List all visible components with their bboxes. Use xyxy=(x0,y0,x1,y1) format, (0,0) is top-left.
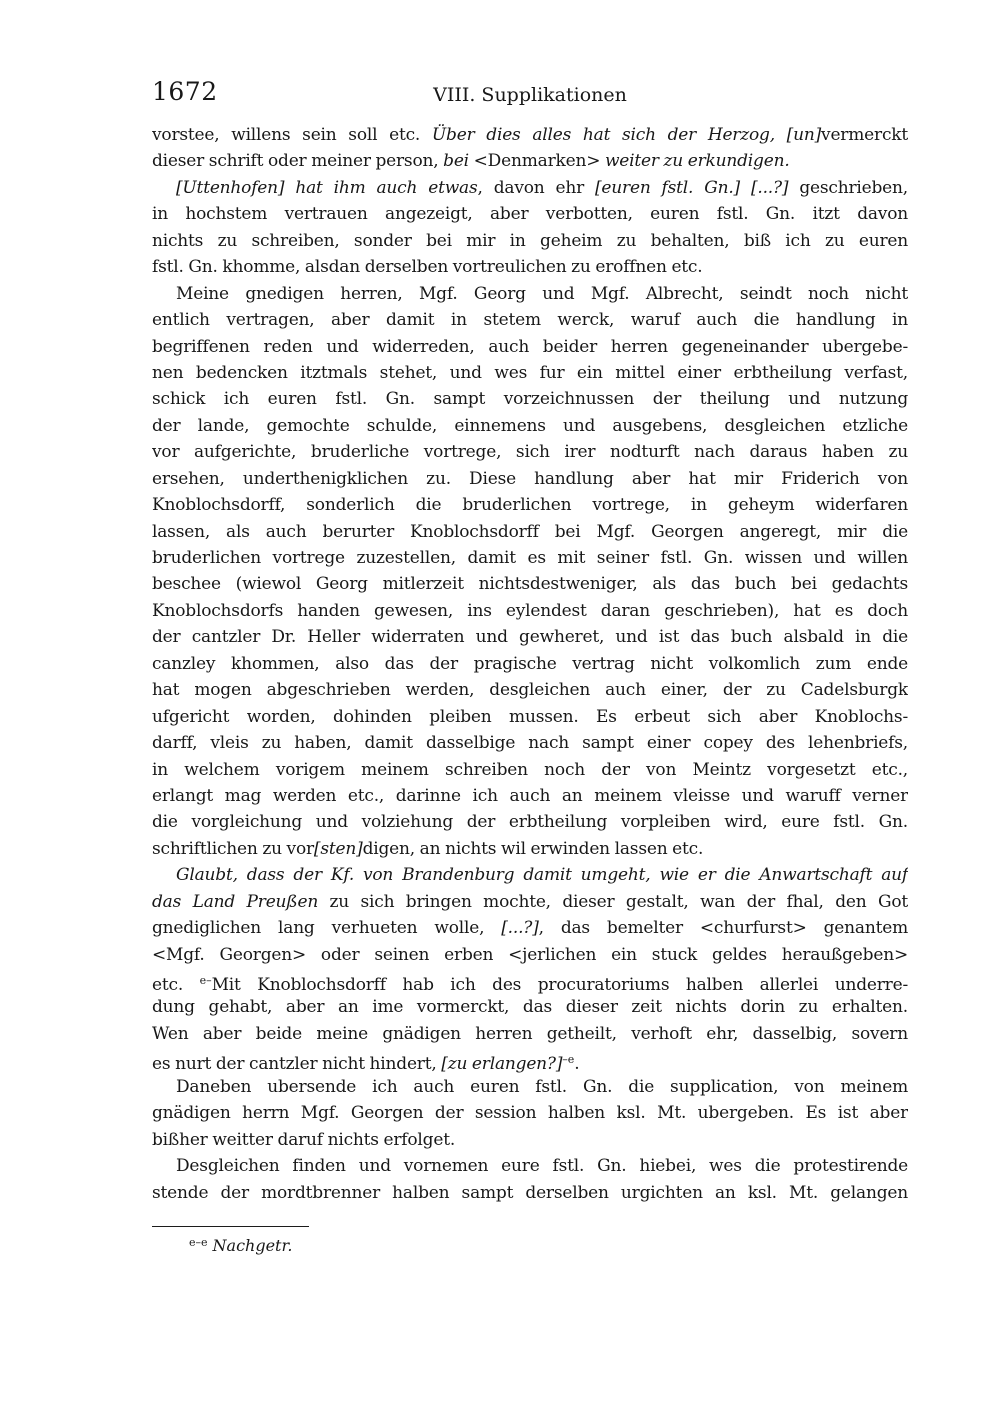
text-line: Knoblochsdorfs handen gewesen, ins eylen… xyxy=(152,598,908,624)
text-run: bei xyxy=(443,151,469,171)
text-line: darff, vleis zu haben, damit dasselbige … xyxy=(152,730,908,756)
text-run: Meine gnedigen herren, Mgf. Georg und Mg… xyxy=(176,284,908,304)
text-line: schick ich euren fstl. Gn. sampt vorzeic… xyxy=(152,386,908,412)
text-run: in hochstem vertrauen angezeigt, aber ve… xyxy=(152,204,908,224)
text-line: entlich vertragen, aber damit in stetem … xyxy=(152,307,908,333)
footnote-separator-rule xyxy=(152,1226,309,1227)
text-run: in welchem vorigem meinem schreiben noch… xyxy=(152,760,908,780)
text-line: lassen, als auch berurter Knoblochsdorff… xyxy=(152,519,908,545)
text-line: stende der mordtbrenner halben sampt der… xyxy=(152,1180,908,1206)
text-line: gnädigen herrn Mgf. Georgen der session … xyxy=(152,1100,908,1126)
text-line: [Uttenhofen] hat ihm auch etwas, davon e… xyxy=(152,175,908,201)
text-run: canzley khommen, also das der pragische … xyxy=(152,654,908,674)
text-line: hat mogen abgeschrieben werden, desgleic… xyxy=(152,677,908,703)
text-line: bißher weitter daruf nichts erfolget. xyxy=(152,1127,908,1153)
text-line: in hochstem vertrauen angezeigt, aber ve… xyxy=(152,201,908,227)
paragraph: vorstee, willens sein soll etc. Über die… xyxy=(152,122,908,175)
text-line: Meine gnedigen herren, Mgf. Georg und Mg… xyxy=(152,281,908,307)
text-run: ersehen, underthenigklichen zu. Diese ha… xyxy=(152,469,908,489)
text-line: schriftlichen zu vor[sten]digen, an nich… xyxy=(152,836,908,862)
paragraph: Desgleichen finden und vornemen eure fst… xyxy=(152,1153,908,1206)
text-line: Knoblochsdorff, sonderlich die bruderlic… xyxy=(152,492,908,518)
text-run: dung gehabt, aber an ime vormerckt, das … xyxy=(152,997,908,1017)
text-run: weiter zu erkundigen. xyxy=(605,151,790,171)
text-line: bruderlichen vortrege zuzestellen, damit… xyxy=(152,545,908,571)
text-line: dieser schrift oder meiner person, bei <… xyxy=(152,148,908,174)
text-run: Glaubt, dass der Kf. von Brandenburg dam… xyxy=(176,865,908,885)
footnote: e–eNachgetr. xyxy=(152,1231,789,1258)
text-run: [...?] xyxy=(501,918,538,938)
text-line: vorstee, willens sein soll etc. Über die… xyxy=(152,122,908,148)
main-text-block: vorstee, willens sein soll etc. Über die… xyxy=(152,122,908,1206)
text-line: dung gehabt, aber an ime vormerckt, das … xyxy=(152,994,908,1020)
running-head: VIII. Supplikationen xyxy=(152,83,908,107)
text-run: vorstee, willens sein soll etc. xyxy=(152,125,432,145)
text-run: fstl. Gn. khomme, alsdan derselben vortr… xyxy=(152,257,702,277)
text-run: Über dies alles hat sich der Herzog, [un… xyxy=(432,125,821,145)
text-line: etc. e–Mit Knoblochsdorff hab ich des pr… xyxy=(152,968,908,994)
text-line: Wen aber beide meine gnädigen herren get… xyxy=(152,1021,908,1047)
text-run: [zu erlangen?] xyxy=(441,1054,562,1073)
text-line: beschee (wiewol Georg mitlerzeit nichtsd… xyxy=(152,571,908,597)
paragraph: [Uttenhofen] hat ihm auch etwas, davon e… xyxy=(152,175,908,281)
text-run: vermerckt xyxy=(821,125,908,145)
text-run: es nurt der cantzler nicht hindert, xyxy=(152,1054,441,1073)
text-run: ufgericht worden, dohinden pleiben musse… xyxy=(152,707,908,727)
text-run: . xyxy=(574,1054,579,1073)
text-run: gnädigen herrn Mgf. Georgen der session … xyxy=(152,1103,908,1123)
text-line: es nurt der cantzler nicht hindert, [zu … xyxy=(152,1047,908,1073)
text-line: begriffenen reden und widerreden, auch b… xyxy=(152,334,908,360)
text-run: [sten] xyxy=(314,839,363,859)
text-run: geschrieben, xyxy=(788,178,908,198)
text-run: stende der mordtbrenner halben sampt der… xyxy=(152,1183,908,1203)
text-run: der lande, gemochte schulde, einnemens u… xyxy=(152,416,908,436)
text-run: das Land Preußen xyxy=(152,892,318,912)
text-run: Desgleichen finden und vornemen eure fst… xyxy=(176,1156,908,1176)
text-line: nichts zu schreiben, sonder bei mir in g… xyxy=(152,228,908,254)
text-run: , davon ehr xyxy=(478,178,595,198)
text-run: begriffenen reden und widerreden, auch b… xyxy=(152,337,908,357)
text-line: die vorgleichung und volziehung der erbt… xyxy=(152,809,908,835)
text-run: zu sich bringen mochte, dieser gestalt, … xyxy=(318,892,908,912)
text-line: nen bedencken itztmals stehet, und wes f… xyxy=(152,360,908,386)
text-run: [Uttenhofen] hat ihm auch etwas xyxy=(176,178,478,198)
text-run: gnediglichen lang verhueten wolle, xyxy=(152,918,501,938)
footnote-marker: e–e xyxy=(189,1236,208,1249)
text-run: , das bemelter <churfurst> genantem xyxy=(539,918,908,938)
text-run: der cantzler Dr. Heller widerraten und g… xyxy=(152,627,908,647)
text-run: nichts zu schreiben, sonder bei mir in g… xyxy=(152,231,908,251)
text-line: canzley khommen, also das der pragische … xyxy=(152,651,908,677)
text-run: schriftlichen zu vor xyxy=(152,839,314,859)
text-run: Daneben ubersende ich auch euren fstl. G… xyxy=(176,1077,908,1097)
text-run: Wen aber beide meine gnädigen herren get… xyxy=(152,1024,908,1044)
text-run: etc. xyxy=(152,975,200,994)
text-line: ersehen, underthenigklichen zu. Diese ha… xyxy=(152,466,908,492)
text-run: bißher weitter daruf nichts erfolget. xyxy=(152,1130,455,1150)
text-run: dieser schrift oder meiner person, xyxy=(152,151,443,171)
text-run: entlich vertragen, aber damit in stetem … xyxy=(152,310,908,330)
text-run: [euren fstl. Gn.] [...?] xyxy=(595,178,788,198)
text-line: fstl. Gn. khomme, alsdan derselben vortr… xyxy=(152,254,908,280)
text-run: nen bedencken itztmals stehet, und wes f… xyxy=(152,363,908,383)
text-run: digen, an nichts wil erwinden lassen etc… xyxy=(363,839,704,859)
text-run: darff, vleis zu haben, damit dasselbige … xyxy=(152,733,908,753)
text-run: vor aufgerichte, bruderliche vortrege, s… xyxy=(152,442,908,462)
footnote-text: Nachgetr. xyxy=(213,1236,293,1255)
text-run: –e xyxy=(562,1053,574,1066)
paragraph: Meine gnedigen herren, Mgf. Georg und Mg… xyxy=(152,281,908,863)
text-line: <Mgf. Georgen> oder seinen erben <jerlic… xyxy=(152,942,908,968)
text-line: der lande, gemochte schulde, einnemens u… xyxy=(152,413,908,439)
paragraph: Glaubt, dass der Kf. von Brandenburg dam… xyxy=(152,862,908,1074)
text-line: Glaubt, dass der Kf. von Brandenburg dam… xyxy=(152,862,908,888)
text-run: Mit Knoblochsdorff hab ich des procurato… xyxy=(212,975,908,994)
text-line: der cantzler Dr. Heller widerraten und g… xyxy=(152,624,908,650)
text-run: Knoblochsdorff, sonderlich die bruderlic… xyxy=(152,495,908,515)
text-line: Daneben ubersende ich auch euren fstl. G… xyxy=(152,1074,908,1100)
text-run: die vorgleichung und volziehung der erbt… xyxy=(152,812,908,832)
text-run: <Denmarken> xyxy=(469,151,605,171)
book-page: 1672 VIII. Supplikationen vorstee, wille… xyxy=(0,0,1004,1418)
text-line: gnediglichen lang verhueten wolle, [...?… xyxy=(152,915,908,941)
text-run: e– xyxy=(200,974,212,987)
paragraph: Daneben ubersende ich auch euren fstl. G… xyxy=(152,1074,908,1153)
text-run: erlangt mag werden etc., darinne ich auc… xyxy=(152,786,908,806)
text-line: ufgericht worden, dohinden pleiben musse… xyxy=(152,704,908,730)
text-line: das Land Preußen zu sich bringen mochte,… xyxy=(152,889,908,915)
text-run: bruderlichen vortrege zuzestellen, damit… xyxy=(152,548,908,568)
text-run: <Mgf. Georgen> oder seinen erben <jerlic… xyxy=(152,945,908,965)
text-run: hat mogen abgeschrieben werden, desgleic… xyxy=(152,680,908,700)
text-run: lassen, als auch berurter Knoblochsdorff… xyxy=(152,522,908,542)
text-run: beschee (wiewol Georg mitlerzeit nichtsd… xyxy=(152,574,908,594)
text-line: in welchem vorigem meinem schreiben noch… xyxy=(152,757,908,783)
text-line: vor aufgerichte, bruderliche vortrege, s… xyxy=(152,439,908,465)
text-line: Desgleichen finden und vornemen eure fst… xyxy=(152,1153,908,1179)
text-run: Knoblochsdorfs handen gewesen, ins eylen… xyxy=(152,601,908,621)
text-run: schick ich euren fstl. Gn. sampt vorzeic… xyxy=(152,389,908,409)
text-line: erlangt mag werden etc., darinne ich auc… xyxy=(152,783,908,809)
